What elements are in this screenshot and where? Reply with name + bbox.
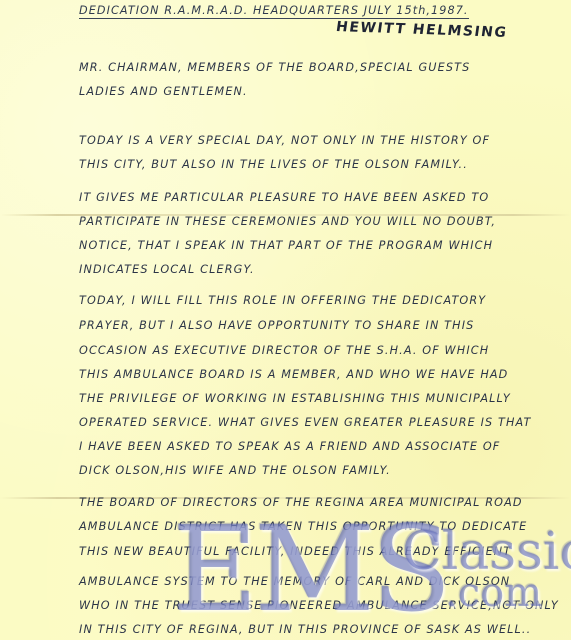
text-line: OCCASION AS EXECUTIVE DIRECTOR OF THE S.…: [79, 344, 489, 357]
text-line: THE BOARD OF DIRECTORS OF THE REGINA ARE…: [79, 496, 523, 509]
text-line: INDICATES LOCAL CLERGY.: [79, 263, 255, 276]
text-line: LADIES AND GENTLEMEN.: [79, 85, 248, 98]
text-line: THIS CITY, BUT ALSO IN THE LIVES OF THE …: [79, 158, 468, 171]
text-line: TODAY, I WILL FILL THIS ROLE IN OFFERING…: [79, 294, 486, 307]
document-header: DEDICATION R.A.M.R.A.D. HEADQUARTERS JUL…: [79, 4, 469, 19]
text-line: PRAYER, BUT I ALSO HAVE OPPORTUNITY TO S…: [79, 319, 474, 332]
text-line: NOTICE, THAT I SPEAK IN THAT PART OF THE…: [79, 239, 493, 252]
text-line: IN THIS CITY OF REGINA, BUT IN THIS PROV…: [79, 623, 531, 636]
text-line: OPERATED SERVICE. WHAT GIVES EVEN GREATE…: [79, 416, 532, 429]
text-line: PARTICIPATE IN THESE CEREMONIES AND YOU …: [79, 215, 496, 228]
text-line: AMBULANCE DISTRICT HAS TAKEN THIS OPPORT…: [79, 520, 527, 533]
text-line: IT GIVES ME PARTICULAR PLEASURE TO HAVE …: [79, 191, 489, 204]
text-line: THIS AMBULANCE BOARD IS A MEMBER, AND WH…: [79, 368, 508, 381]
text-line: THIS NEW BEAUTIFUL FACILITY, INDEED THIS…: [79, 545, 511, 558]
text-line: TODAY IS A VERY SPECIAL DAY, NOT ONLY IN…: [79, 134, 490, 147]
text-line: AMBULANCE SYSTEM TO THE MEMORY OF CARL A…: [79, 575, 510, 588]
text-line: WHO IN THE TRUEST SENSE PIONEERED AMBULA…: [79, 599, 559, 612]
text-line: MR. CHAIRMAN, MEMBERS OF THE BOARD,SPECI…: [79, 61, 470, 74]
text-line: I HAVE BEEN ASKED TO SPEAK AS A FRIEND A…: [79, 440, 500, 453]
handwritten-signature: HEWITT HELMSING: [335, 19, 508, 41]
text-line: DICK OLSON,HIS WIFE AND THE OLSON FAMILY…: [79, 464, 391, 477]
text-line: THE PRIVILEGE OF WORKING IN ESTABLISHING…: [79, 392, 511, 405]
